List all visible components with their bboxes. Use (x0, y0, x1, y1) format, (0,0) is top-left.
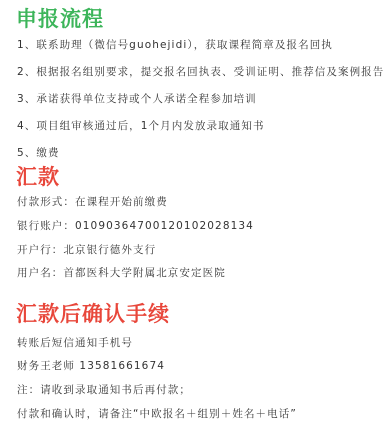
account-name: 用户名：首都医科大学附属北京安定医院 (17, 266, 226, 280)
bank-branch: 开户行：北京银行德外支行 (17, 243, 156, 257)
finance-contact: 财务王老师 13581661674 (17, 359, 165, 373)
apply-step-1: 1、联系助理（微信号guohejidi），获取课程简章及报名回执 (17, 38, 333, 52)
payment-timing-note: 注：请收到录取通知书后再付款； (17, 383, 191, 397)
section-title-apply-process: 申报流程 (16, 7, 104, 31)
section-title-payment: 汇款 (16, 165, 60, 189)
apply-step-5: 5、缴费 (17, 146, 60, 160)
payment-method: 付款形式：在课程开始前缴费 (17, 195, 168, 209)
apply-step-4: 4、项目组审核通过后，1个月内发放录取通知书 (17, 119, 265, 133)
apply-step-2: 2、根据报名组别要求，提交报名回执表、受训证明、推荐信及案例报告 (17, 65, 384, 79)
apply-step-3: 3、承诺获得单位支持或个人承诺全程参加培训 (17, 92, 257, 106)
page: 申报流程 1、联系助理（微信号guohejidi），获取课程简章及报名回执 2、… (0, 0, 389, 433)
confirm-sms-note: 转账后短信通知手机号 (17, 336, 133, 350)
payment-remark-note: 付款和确认时，请备注“中欧报名＋组别＋姓名＋电话” (17, 407, 297, 421)
section-title-payment-confirmation: 汇款后确认手续 (16, 302, 170, 326)
bank-account: 银行账户：0109036470012010202813​4 (17, 219, 254, 233)
